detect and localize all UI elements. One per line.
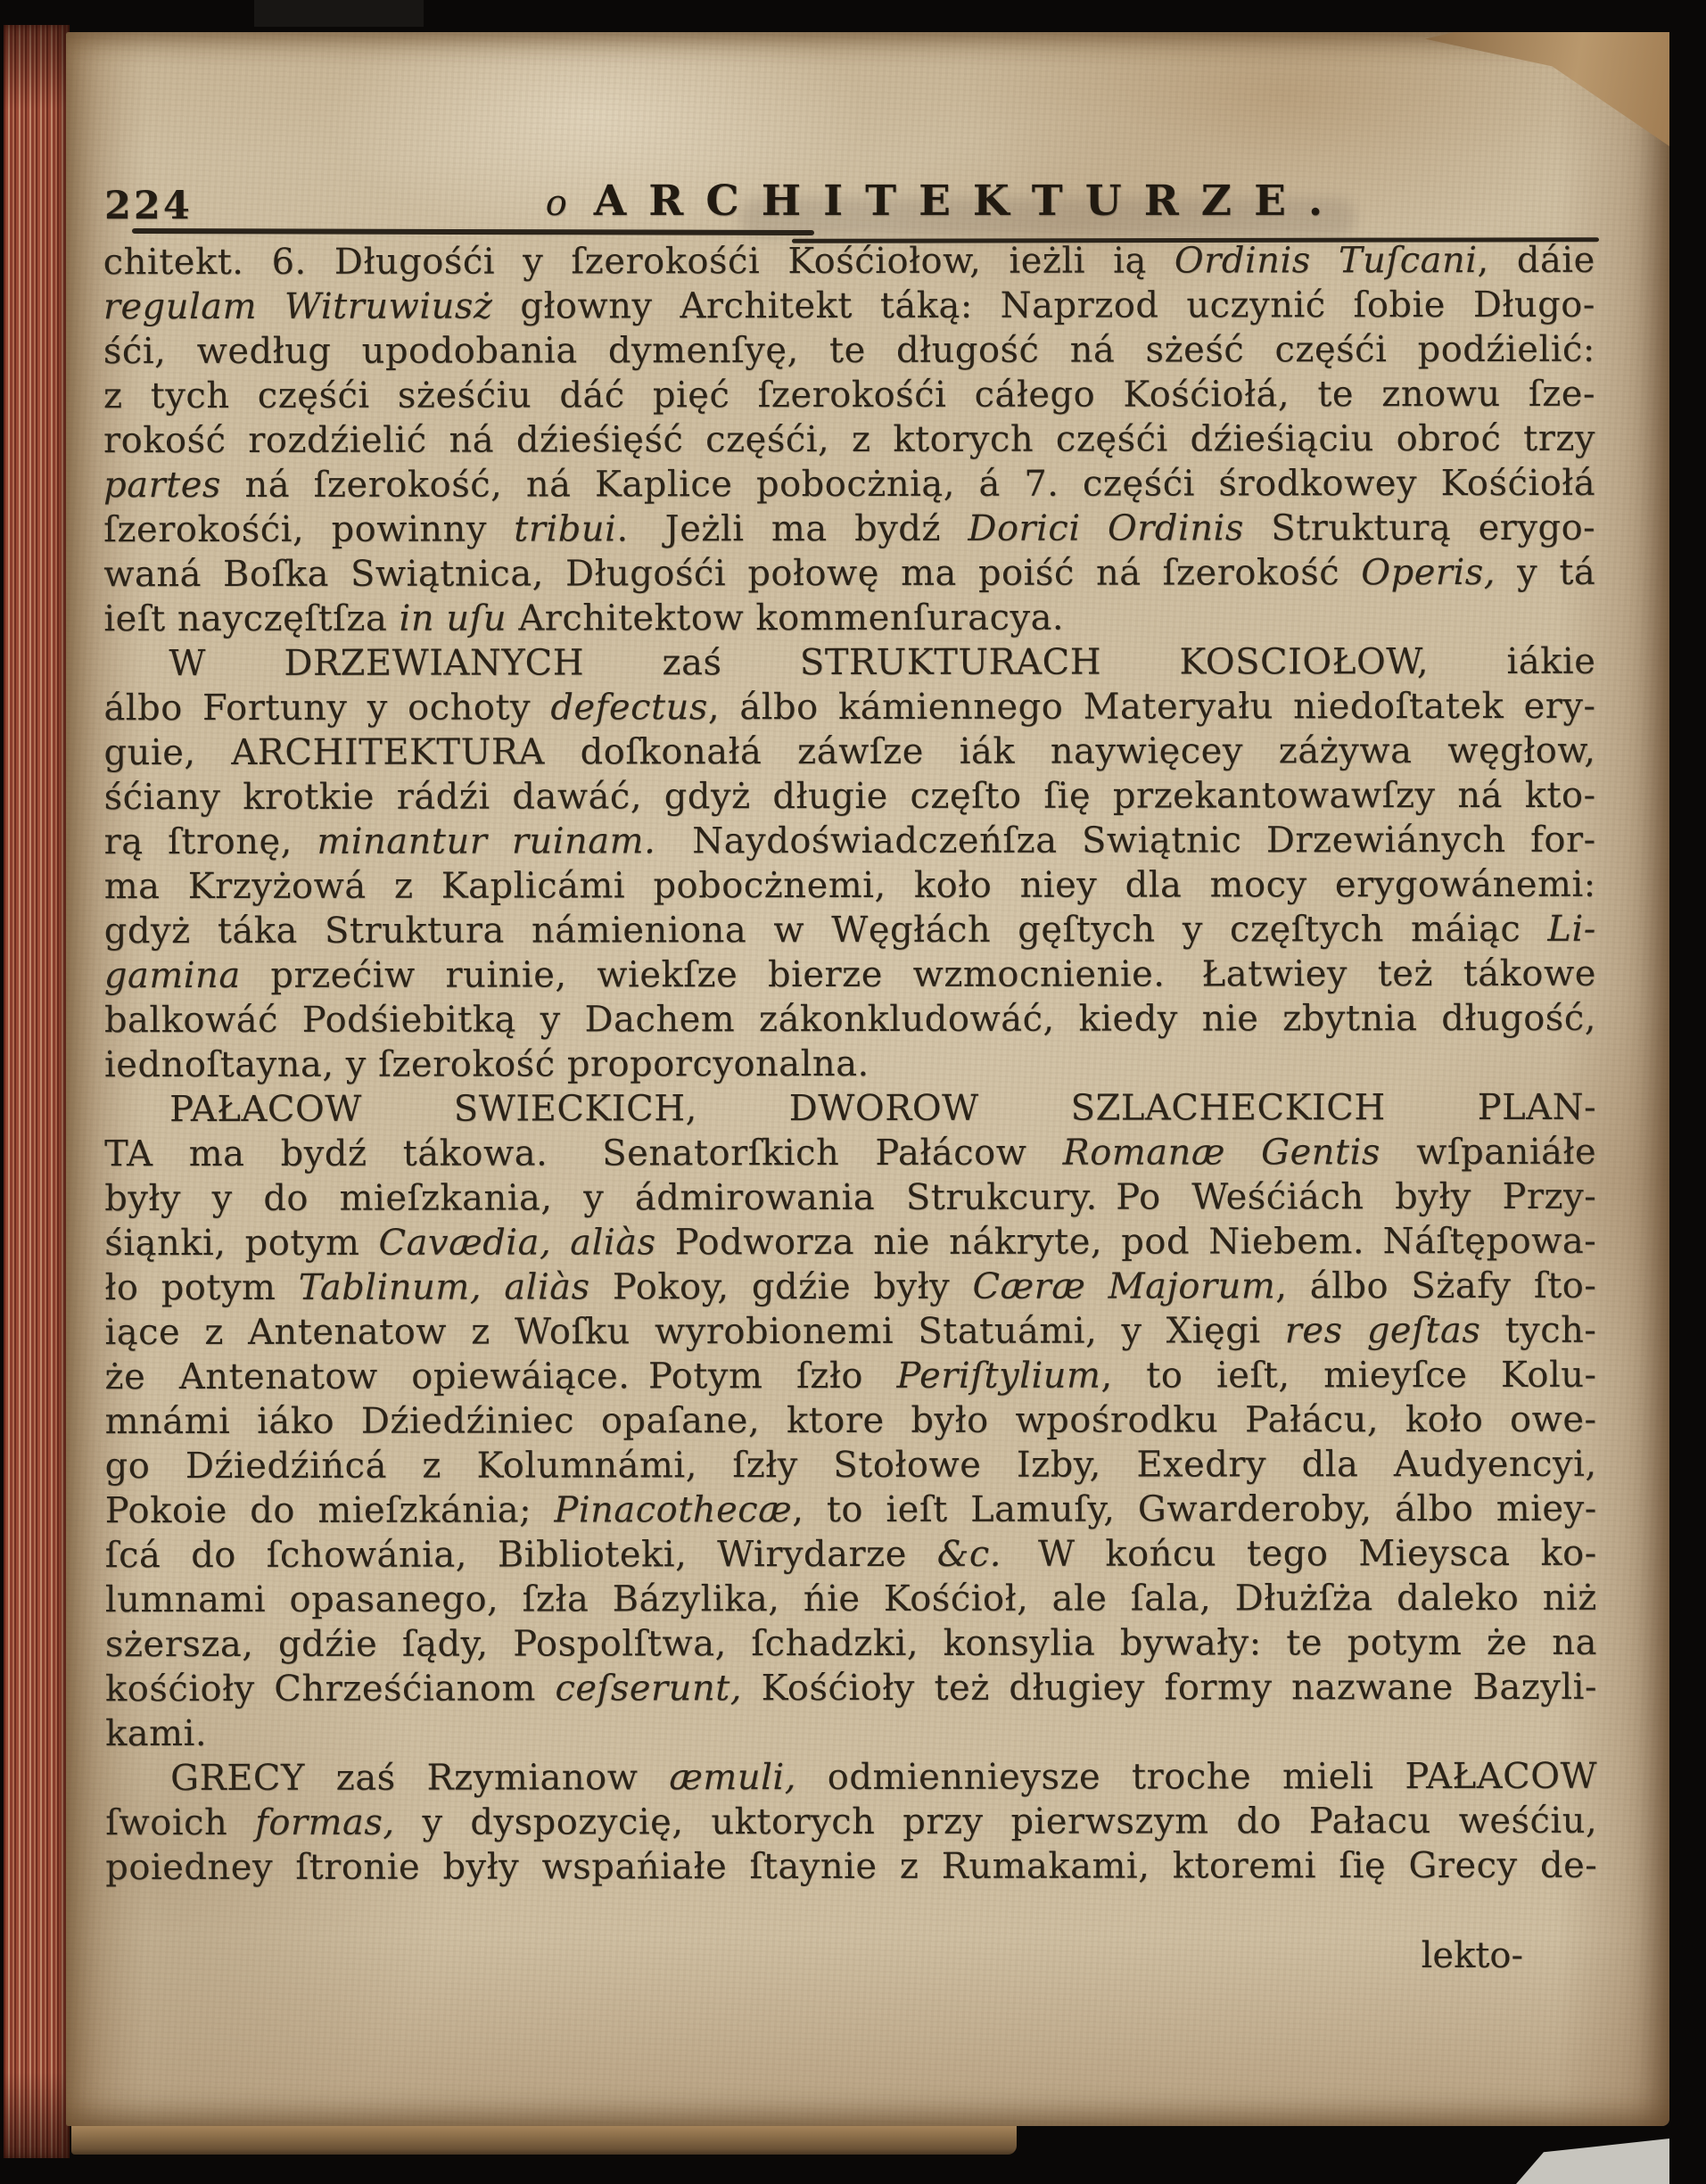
latin-italic-text: defectus (550, 687, 708, 728)
latin-italic-text: regulam Witruwiusż (103, 286, 493, 328)
latin-italic-text: ceſserunt, (555, 1668, 742, 1709)
text-block: chitekt. 6. Długośći y ſzerokośći Kośćio… (103, 238, 1598, 1890)
body-text: guie, ARCHITEKTURA doſkonałá záwſze iák … (103, 730, 1595, 773)
text-line: mnámi iáko Dźiedźiniec opaſane, ktore by… (105, 1397, 1597, 1444)
body-text: przećiw ruinie, wiekſze bierze wzmocnien… (241, 953, 1596, 996)
text-line: że Antenatow opiewáiące. Potym ſzło Peri… (104, 1353, 1596, 1399)
red-page-edge (4, 25, 70, 2158)
text-line: śiąnki, potym Cavædia, aliàs Podworza ni… (104, 1219, 1596, 1265)
text-line: Pokoie do mieſzkánia; Pinacothecæ, to ie… (105, 1487, 1597, 1533)
latin-italic-text: Li- (1547, 909, 1595, 950)
body-text: głowny Architekt táką: Naprzod uczynić ſ… (492, 284, 1595, 327)
body-text: balkowáć Podśiebitką y Dachem zákonkludo… (104, 998, 1596, 1041)
text-line: TA ma bydź tákowa. Senatorſkich Pałácow … (104, 1130, 1596, 1176)
latin-italic-text: Operis, (1361, 552, 1496, 593)
text-line: guie, ARCHITEKTURA doſkonałá záwſze iák … (103, 729, 1595, 775)
latin-italic-text: Tablinum, aliàs (299, 1266, 590, 1307)
book-scan: 224 oARCHITEKTURZE. chitekt. 6. Długośći… (0, 0, 1706, 2184)
latin-italic-text: gamina (104, 955, 241, 996)
text-line: śćiany krotkie rádźi dawáć, gdyż długie … (104, 773, 1596, 820)
body-text: y dyspozycię, uktorych przy pierwszym do… (395, 1801, 1598, 1843)
body-text: śiąnki, potym (104, 1223, 378, 1264)
body-text: z tych częśći sżeśćiu dáć pięć ſzerokość… (103, 374, 1595, 416)
body-text: W końcu tego Mieysca ko- (1001, 1533, 1597, 1575)
body-text: ieſt nayczęſtſza (103, 598, 399, 639)
body-text: , to ieſt, mieyſce Kolu- (1100, 1355, 1596, 1397)
scanner-background-notch (254, 0, 424, 27)
text-line: álbo Fortuny y ochoty defectus, álbo kám… (103, 684, 1595, 730)
body-text: álbo Fortuny y ochoty (103, 687, 550, 729)
text-line: gdyż táka Struktura námieniona w Węgłách… (104, 907, 1596, 953)
body-text: Podworza nie nákryte, pod Niebem. Náſtęp… (656, 1221, 1597, 1263)
body-text: rą ſtronę, (104, 821, 317, 862)
latin-italic-text: Periſtylium (896, 1356, 1100, 1397)
body-text: . Jeżli ma bydź (616, 508, 968, 550)
text-line: ło potym Tablinum, aliàs Pokoy, gdźie by… (104, 1264, 1596, 1310)
body-text: tych- (1480, 1310, 1596, 1351)
body-text: Architektow kommenſuracya. (507, 598, 1064, 639)
body-text: iące z Antenatow z Woſku wyrobionemi Sta… (104, 1310, 1284, 1353)
body-text: rokość rozdźielić ná dźieśięść częśći, z… (103, 418, 1595, 461)
text-line: GRECY zaś Rzymianow æmuli, odmiennieysze… (105, 1754, 1597, 1801)
body-text: chitekt. 6. Długośći y ſzerokośći Kośćio… (103, 240, 1174, 283)
text-line: waná Boſka Swiątnica, Długośći połowę ma… (103, 550, 1595, 597)
body-text: ſcá do ſchowánia, Biblioteki, Wirydarze (105, 1534, 937, 1576)
body-text: lumnami opasanego, ſzła Bázylika, ńie Ko… (105, 1578, 1597, 1620)
body-text: kośćioły Chrześćianom (105, 1668, 556, 1710)
text-line: rokość rozdźielić ná dźieśięść częśći, z… (103, 416, 1595, 463)
body-text: kami. (105, 1713, 207, 1754)
latin-italic-text: formas, (255, 1802, 395, 1843)
text-line: iące z Antenatow z Woſku wyrobionemi Sta… (104, 1308, 1596, 1355)
text-line: sżersza, gdźie ſądy, Pospolſtwa, ſchadzk… (105, 1620, 1597, 1667)
text-line: śći, według upodobania dymenſyę, te dług… (103, 327, 1595, 374)
latin-italic-text: Cavædia, aliàs (378, 1222, 655, 1263)
text-line: regulam Witruwiusż głowny Architekt táką… (103, 283, 1595, 329)
running-title: oARCHITEKTURZE. (375, 177, 1516, 226)
body-text: sżersza, gdźie ſądy, Pospolſtwa, ſchadzk… (105, 1622, 1597, 1665)
body-text: , álbo Sżafy ſto- (1275, 1265, 1596, 1307)
text-line: ſwoich formas, y dyspozycię, uktorych pr… (105, 1799, 1597, 1845)
body-text: y tá (1496, 552, 1595, 593)
latin-italic-text: Dorici Ordinis (968, 507, 1244, 548)
bottom-corner-sliver (1516, 2139, 1669, 2184)
latin-italic-text: res geſtas (1285, 1310, 1481, 1351)
body-text: Kośćioły też długiey formy nazwane Bazyl… (742, 1667, 1597, 1709)
body-text: , to ieſt Lamuſy, Gwarderoby, álbo miey- (792, 1488, 1597, 1530)
text-line: PAŁACOW SWIECKICH, DWOROW SZLACHECKICH P… (104, 1085, 1596, 1132)
body-text: iednoſtayna, y ſzerokość proporcyonalna. (104, 1043, 869, 1085)
body-text: ſwoich (105, 1802, 255, 1843)
text-line: z tych częśći sżeśćiu dáć pięć ſzerokość… (103, 372, 1595, 418)
text-line: ieſt nayczęſtſza in uſu Architektow komm… (103, 595, 1595, 641)
latin-italic-text: partes (103, 465, 221, 506)
body-text: Pokoie do mieſzkánia; (105, 1489, 555, 1531)
latin-italic-text: Pinacothecæ (554, 1489, 792, 1530)
latin-italic-text: &c. (937, 1534, 1001, 1575)
body-text: go Dźiedźińcá z Kolumnámi, ſzły Stołowe … (105, 1444, 1597, 1487)
latin-italic-text: æmuli, (669, 1757, 796, 1798)
text-line: go Dźiedźińcá z Kolumnámi, ſzły Stołowe … (105, 1442, 1597, 1488)
latin-italic-text: Ordinis Tuſcani (1174, 240, 1478, 281)
body-text: PAŁACOW SWIECKICH, DWOROW SZLACHECKICH P… (169, 1087, 1596, 1130)
text-line: kośćioły Chrześćianom ceſserunt, Kośćioł… (105, 1665, 1597, 1711)
body-text: Pokoy, gdźie były (590, 1266, 973, 1308)
latin-italic-text: Cæræ Majorum (972, 1265, 1275, 1306)
body-text: ſzerokośći, powinny (103, 509, 514, 551)
text-line: poiedney ſtronie były wspańiałe ſtaynie … (105, 1843, 1597, 1890)
text-line: rą ſtronę, minantur ruinam. Naydoświadcz… (104, 818, 1596, 864)
text-line: chitekt. 6. Długośći y ſzerokośći Kośćio… (103, 238, 1595, 284)
body-text: były y do mieſzkania, y ádmirowania Stru… (104, 1176, 1596, 1219)
body-text: ło potym (104, 1267, 298, 1308)
text-line: kami. (105, 1710, 1597, 1756)
body-text: Naydoświadczeńſza Swiątnic Drzewiánych f… (655, 820, 1595, 861)
catchword: lekto- (104, 1935, 1596, 1976)
body-text: wſpaniáłe (1380, 1132, 1596, 1173)
body-text: TA ma bydź tákowa. Senatorſkich Pałácow (104, 1133, 1063, 1175)
latin-italic-text: tribui (514, 508, 616, 549)
bottom-page-stack (71, 2126, 1017, 2155)
running-title-text: ARCHITEKTURZE. (594, 177, 1346, 226)
text-line: ma Krzyżowá z Kaplicámi pobocżnemi, koło… (104, 862, 1596, 909)
running-title-prefix: o (546, 183, 594, 224)
body-text: , dáie (1477, 240, 1595, 281)
text-line: ſzerokośći, powinny tribui. Jeżli ma byd… (103, 506, 1595, 552)
text-line: balkowáć Podśiebitką y Dachem zákonkludo… (104, 996, 1596, 1043)
text-line: były y do mieſzkania, y ádmirowania Stru… (104, 1174, 1596, 1221)
body-text: że Antenatow opiewáiące. Potym ſzło (104, 1356, 896, 1397)
latin-italic-text: in uſu (400, 598, 507, 639)
latin-italic-text: Romanæ Gentis (1063, 1132, 1380, 1173)
text-line: partes ná ſzerokość, ná Kaplice pobocżni… (103, 461, 1595, 507)
body-text: Strukturą erygo- (1244, 507, 1595, 549)
body-text: śćiany krotkie rádźi dawáć, gdyż długie … (104, 775, 1596, 818)
body-text: mnámi iáko Dźiedźiniec opaſane, ktore by… (105, 1399, 1597, 1442)
body-text: ma Krzyżowá z Kaplicámi pobocżnemi, koło… (104, 864, 1596, 907)
body-text: gdyż táka Struktura námieniona w Węgłách… (104, 909, 1548, 952)
body-text: W DRZEWIANYCH zaś STRUKTURACH KOSCIOŁOW,… (169, 641, 1595, 684)
text-line: iednoſtayna, y ſzerokość proporcyonalna. (104, 1041, 1596, 1087)
text-line: gamina przećiw ruinie, wiekſze bierze wz… (104, 952, 1596, 998)
body-text: , álbo kámiennego Materyału niedoſtatek … (708, 686, 1596, 728)
body-text: waná Boſka Swiątnica, Długośći połowę ma… (103, 552, 1361, 595)
body-text: poiedney ſtronie były wspańiałe ſtaynie … (105, 1845, 1597, 1888)
body-text: ná ſzerokość, ná Kaplice pobocżnią, á 7.… (221, 463, 1595, 506)
text-line: lumnami opasanego, ſzła Bázylika, ńie Ko… (105, 1576, 1597, 1622)
text-line: ſcá do ſchowánia, Biblioteki, Wirydarze … (105, 1531, 1597, 1578)
page-number: 224 (104, 184, 193, 228)
body-text: GRECY zaś Rzymianow (170, 1757, 669, 1799)
body-text: śći, według upodobania dymenſyę, te dług… (103, 329, 1595, 372)
text-line: W DRZEWIANYCH zaś STRUKTURACH KOSCIOŁOW,… (103, 639, 1595, 686)
body-text: odmiennieysze troche mieli PAŁACOW (796, 1756, 1597, 1798)
latin-italic-text: minantur ruinam. (317, 820, 655, 862)
